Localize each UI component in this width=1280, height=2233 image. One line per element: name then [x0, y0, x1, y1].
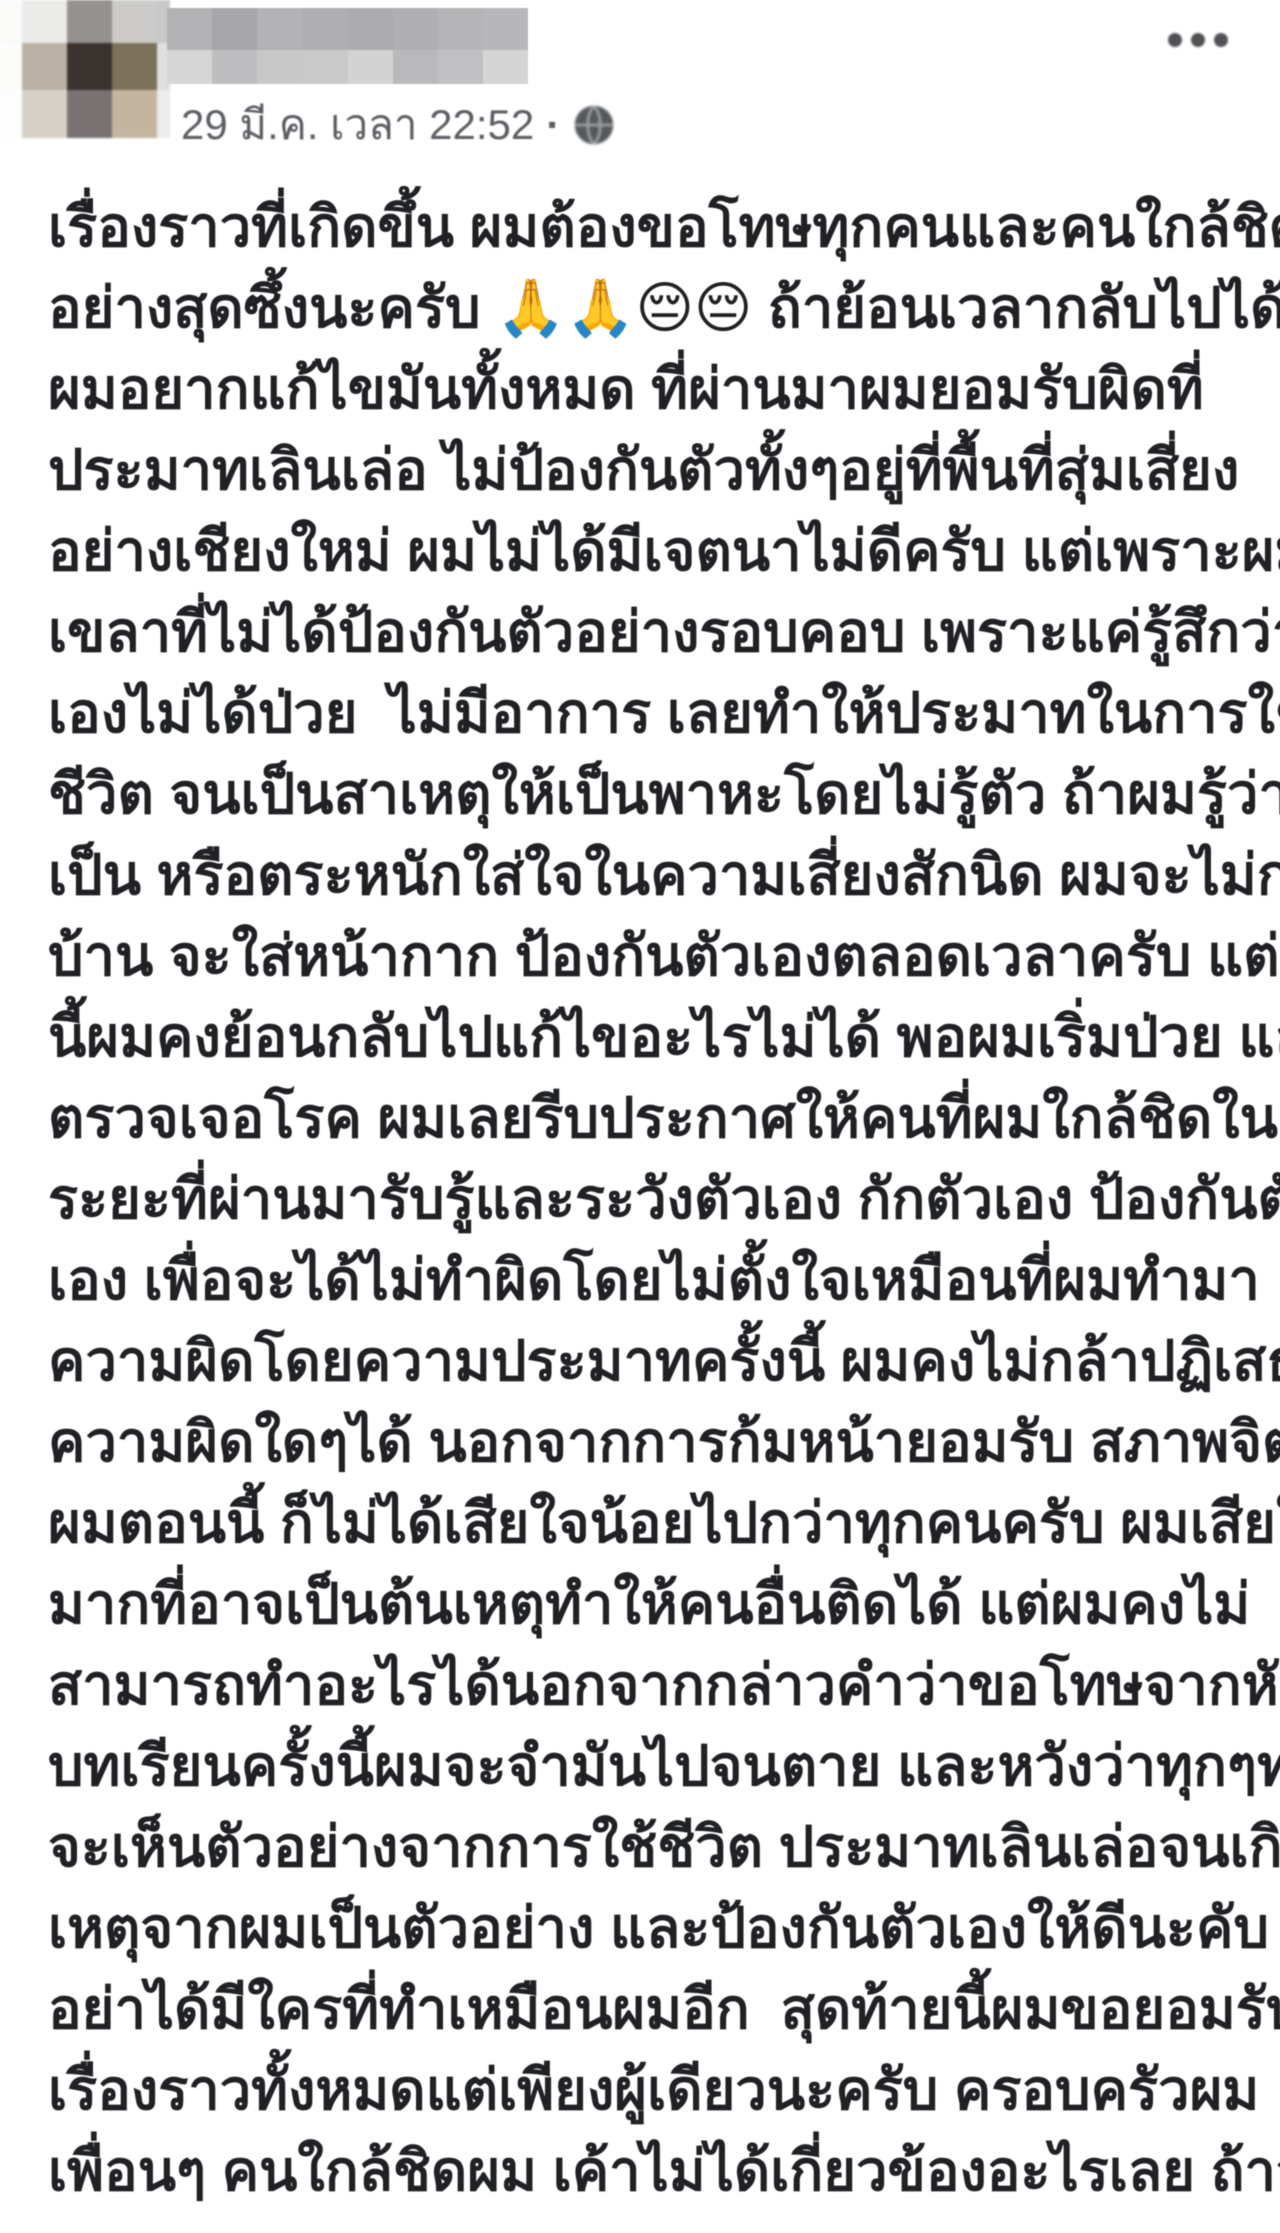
post-text-line: บ้าน จะใส่หน้ากาก ป้องกันตัวเองตลอดเวลาค…: [48, 915, 1248, 996]
post-text-line: เป็น หรือตระหนักใส่ใจในความเสี่ยงสักนิด …: [48, 834, 1248, 915]
facebook-post: { "header": { "timestamp": "29 มี.ค. เวล…: [0, 0, 1280, 2233]
post-text-line: ผมอยากแก้ไขมันทั้งหมด ที่ผ่านมาผมยอมรับผ…: [48, 348, 1248, 429]
post-text-line: ผมตอนนี้ ก็ไม่ได้เสียใจน้อยไปกว่าทุกคนคร…: [48, 1482, 1248, 1563]
post-text-line: มากที่อาจเป็นต้นเหตุทำให้คนอื่นติดได้ แต…: [48, 1563, 1248, 1644]
post-text-line: เอง เพื่อจะได้ไม่ทำผิดโดยไม่ตั้งใจเหมือน…: [48, 1239, 1248, 1320]
post-text-line: เรื่องราวทั้งหมดแต่เพียงผู้เดียวนะครับ ค…: [48, 2049, 1248, 2130]
profile-avatar-blurred[interactable]: [0, 0, 170, 138]
post-text-line: เองไม่ได้ป่วย ไม่มีอาการ เลยทำให้ประมาทใ…: [48, 672, 1248, 753]
post-text-line: อย่างเชียงใหม่ ผมไม่ได้มีเจตนาไม่ดีครับ …: [48, 510, 1248, 591]
meta-separator-dot: ·: [546, 101, 560, 149]
post-text-line: นี้ผมคงย้อนกลับไปแก้ไขอะไรไม่ได้ พอผมเริ…: [48, 996, 1248, 1077]
post-timestamp[interactable]: 29 มี.ค. เวลา 22:52: [181, 92, 534, 158]
ellipsis-icon: [1168, 33, 1182, 47]
post-text: เรื่องราวที่เกิดขึ้น ผมต้องขอโทษทุกคนและ…: [48, 186, 1248, 2211]
post-text-line: อย่าได้มีใครที่ทำเหมือนผมอีก สุดท้ายนี้ผ…: [48, 1968, 1248, 2049]
profile-name-blurred[interactable]: [167, 8, 528, 84]
ellipsis-icon: [1214, 33, 1228, 47]
post-text-line: เพื่อนๆ คนใกล้ชิดผม เค้าไม่ได้เกี่ยวข้อง…: [48, 2130, 1248, 2211]
post-text-line: ประมาทเลินเล่อ ไม่ป้องกันตัวทั้งๆอยู่ที่…: [48, 429, 1248, 510]
post-text-line: เหตุจากผมเป็นตัวอย่าง และป้องกันตัวเองให…: [48, 1887, 1248, 1968]
ellipsis-icon: [1191, 33, 1205, 47]
post-text-line: ความผิดใดๆได้ นอกจากการก้มหน้ายอมรับ สภา…: [48, 1401, 1248, 1482]
post-text-line: จะเห็นตัวอย่างจากการใช้ชีวิต ประมาทเลินเ…: [48, 1806, 1248, 1887]
post-meta-row: 29 มี.ค. เวลา 22:52 ·: [181, 92, 616, 158]
post-text-line: ความผิดโดยความประมาทครั้งนี้ ผมคงไม่กล้า…: [48, 1320, 1248, 1401]
post-options-button[interactable]: [1158, 16, 1238, 64]
privacy-globe-icon: [572, 103, 616, 147]
post-header: 29 มี.ค. เวลา 22:52 ·: [0, 0, 1280, 160]
post-text-line: ชีวิต จนเป็นสาเหตุให้เป็นพาหะโดยไม่รู้ตั…: [48, 753, 1248, 834]
post-text-line: เรื่องราวที่เกิดขึ้น ผมต้องขอโทษทุกคนและ…: [48, 186, 1248, 267]
post-text-line: ตรวจเจอโรค ผมเลยรีบประกาศให้คนที่ผมใกล้ช…: [48, 1077, 1248, 1158]
post-text-line: บทเรียนครั้งนี้ผมจะจำมันไปจนตาย และหวังว…: [48, 1725, 1248, 1806]
post-text-line: เขลาที่ไม่ได้ป้องกันตัวอย่างรอบคอบ เพราะ…: [48, 591, 1248, 672]
post-text-line: อย่างสุดซึ้งนะครับ 🙏🙏😔😔 ถ้าย้อนเวลากลับไ…: [48, 267, 1248, 348]
post-text-line: สามารถทำอะไรได้นอกจากกล่าวคำว่าขอโทษจากห…: [48, 1644, 1248, 1725]
post-text-line: ระยะที่ผ่านมารับรู้และระวังตัวเอง กักตัว…: [48, 1158, 1248, 1239]
